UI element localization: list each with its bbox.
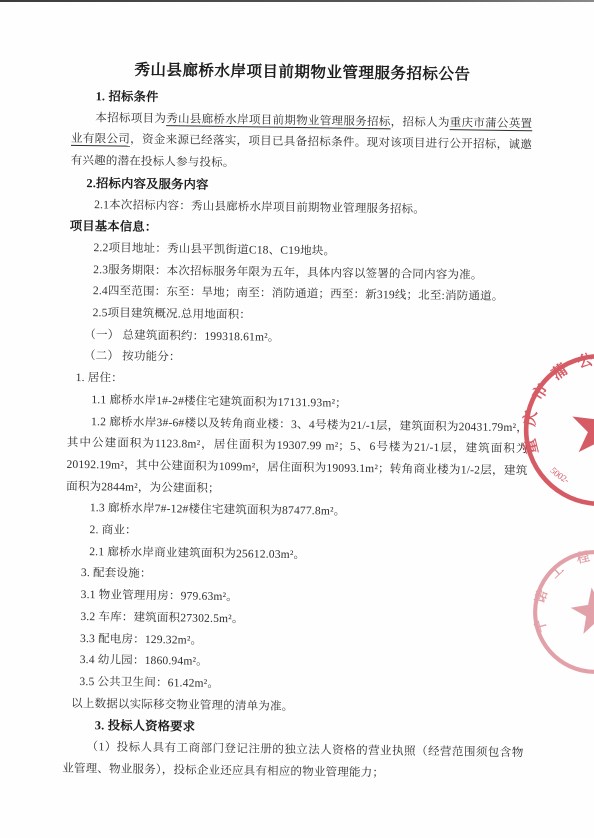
intro-paragraph: 本招标项目为秀山县廊桥水岸项目前期物业管理服务招标，招标人为重庆市蒲公英置业有限… <box>71 108 533 180</box>
intro-seg3: ，招标人为 <box>391 116 450 129</box>
qualification-paragraph: （1）投标人具有工商部门登记注册的独立法人资格的营业执照（经营范围须包含物业管理… <box>62 737 524 787</box>
document-body: 秀山县廊桥水岸项目前期物业管理服务招标公告 1. 招标条件 本招标项目为秀山县廊… <box>0 0 594 788</box>
intro-seg5: ，资金来源已经落实，项目已具备招标条件。现对该项目进行公开招标，诚邀有兴趣的潜在… <box>71 134 532 169</box>
document-title: 秀山县廊桥水岸项目前期物业管理服务招标公告 <box>72 59 533 87</box>
scanned-document-page: 秀山县廊桥水岸项目前期物业管理服务招标公告 1. 招标条件 本招标项目为秀山县廊… <box>0 0 594 838</box>
intro-project-underlined: 秀山县廊桥水岸项目前期物业管理服务招标 <box>166 113 391 128</box>
doc-line-1-2: 1.2 廊桥水岸3#-6#楼以及转角商业楼：3、4号楼为21/-1层，建筑面积为… <box>66 411 528 504</box>
intro-seg1: 本招标项目为 <box>95 112 166 125</box>
